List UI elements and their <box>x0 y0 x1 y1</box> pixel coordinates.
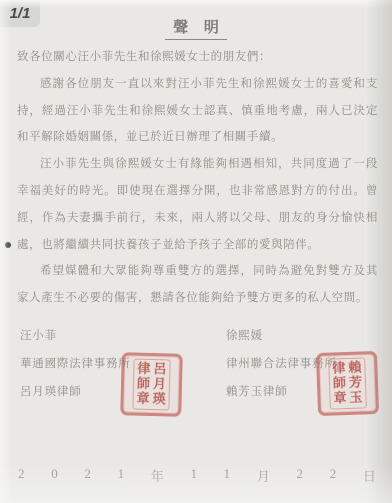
date-line: 2 0 2 1 年 1 1 月 2 2 日 <box>18 466 376 485</box>
seal-inner-left: 呂月瑛 律師章 <box>132 359 170 411</box>
paragraph-thanks: 感謝各位朋友一直以來對汪小菲先生和徐熙媛女士的喜愛和支持，經過汪小菲先生和徐熙媛… <box>17 71 378 151</box>
title-row: 聲 明 <box>0 16 392 40</box>
seal-name-text-left: 呂月瑛 <box>152 362 166 407</box>
date-char: 2 <box>297 466 304 485</box>
date-char: 1 <box>118 466 125 485</box>
date-char: 1 <box>224 466 231 485</box>
seal-label-text-right: 律師章 <box>332 361 347 406</box>
seal-inner-right: 賴芳玉 律師章 <box>328 357 367 409</box>
scan-edge-top <box>0 0 392 8</box>
statement-body: 致各位關心汪小菲先生和徐熙媛女士的朋友們： 感謝各位朋友一直以來對汪小菲先生和徐… <box>17 44 378 312</box>
document-title: 聲 明 <box>165 16 227 40</box>
seal-label-text-left: 律師章 <box>136 362 150 407</box>
date-char: 2 <box>330 466 337 485</box>
date-char: 月 <box>257 466 270 485</box>
date-char: 1 <box>190 466 197 485</box>
date-char: 2 <box>18 466 25 485</box>
scan-edge-left <box>0 0 12 503</box>
seal-name-text-right: 賴芳玉 <box>348 361 363 406</box>
lawyer-seal-stamp-right: 賴芳玉 律師章 <box>316 351 379 416</box>
date-char: 日 <box>363 466 376 485</box>
lawyer-seal-stamp-left: 呂月瑛 律師章 <box>120 352 183 417</box>
date-char: 0 <box>51 466 58 485</box>
law-firm-left: 華通國際法律事務所 <box>20 350 131 378</box>
party-name-right: 徐熙媛 <box>226 322 337 350</box>
date-char: 2 <box>84 466 91 485</box>
party-name-left: 汪小菲 <box>20 322 131 350</box>
paragraph-privacy-request: 希望媒體和大眾能夠尊重雙方的選擇，同時為避免對雙方及其家人產生不必要的傷害，懇請… <box>17 258 378 312</box>
lawyer-name-left: 呂月瑛律師 <box>20 378 131 406</box>
date-char: 年 <box>151 466 164 485</box>
paragraph-relationship: 汪小菲先生與徐熙媛女士有緣能夠相遇相知，共同度過了一段幸福美好的時光。即使現在選… <box>17 151 378 258</box>
signature-block-left: 汪小菲 華通國際法律事務所 呂月瑛律師 <box>20 322 131 406</box>
statement-document-scan: 1/1 聲 明 致各位關心汪小菲先生和徐熙媛女士的朋友們： 感謝各位朋友一直以來… <box>0 0 392 503</box>
salutation-line: 致各位關心汪小菲先生和徐熙媛女士的朋友們： <box>17 44 378 71</box>
margin-bullet-dot <box>5 242 11 248</box>
